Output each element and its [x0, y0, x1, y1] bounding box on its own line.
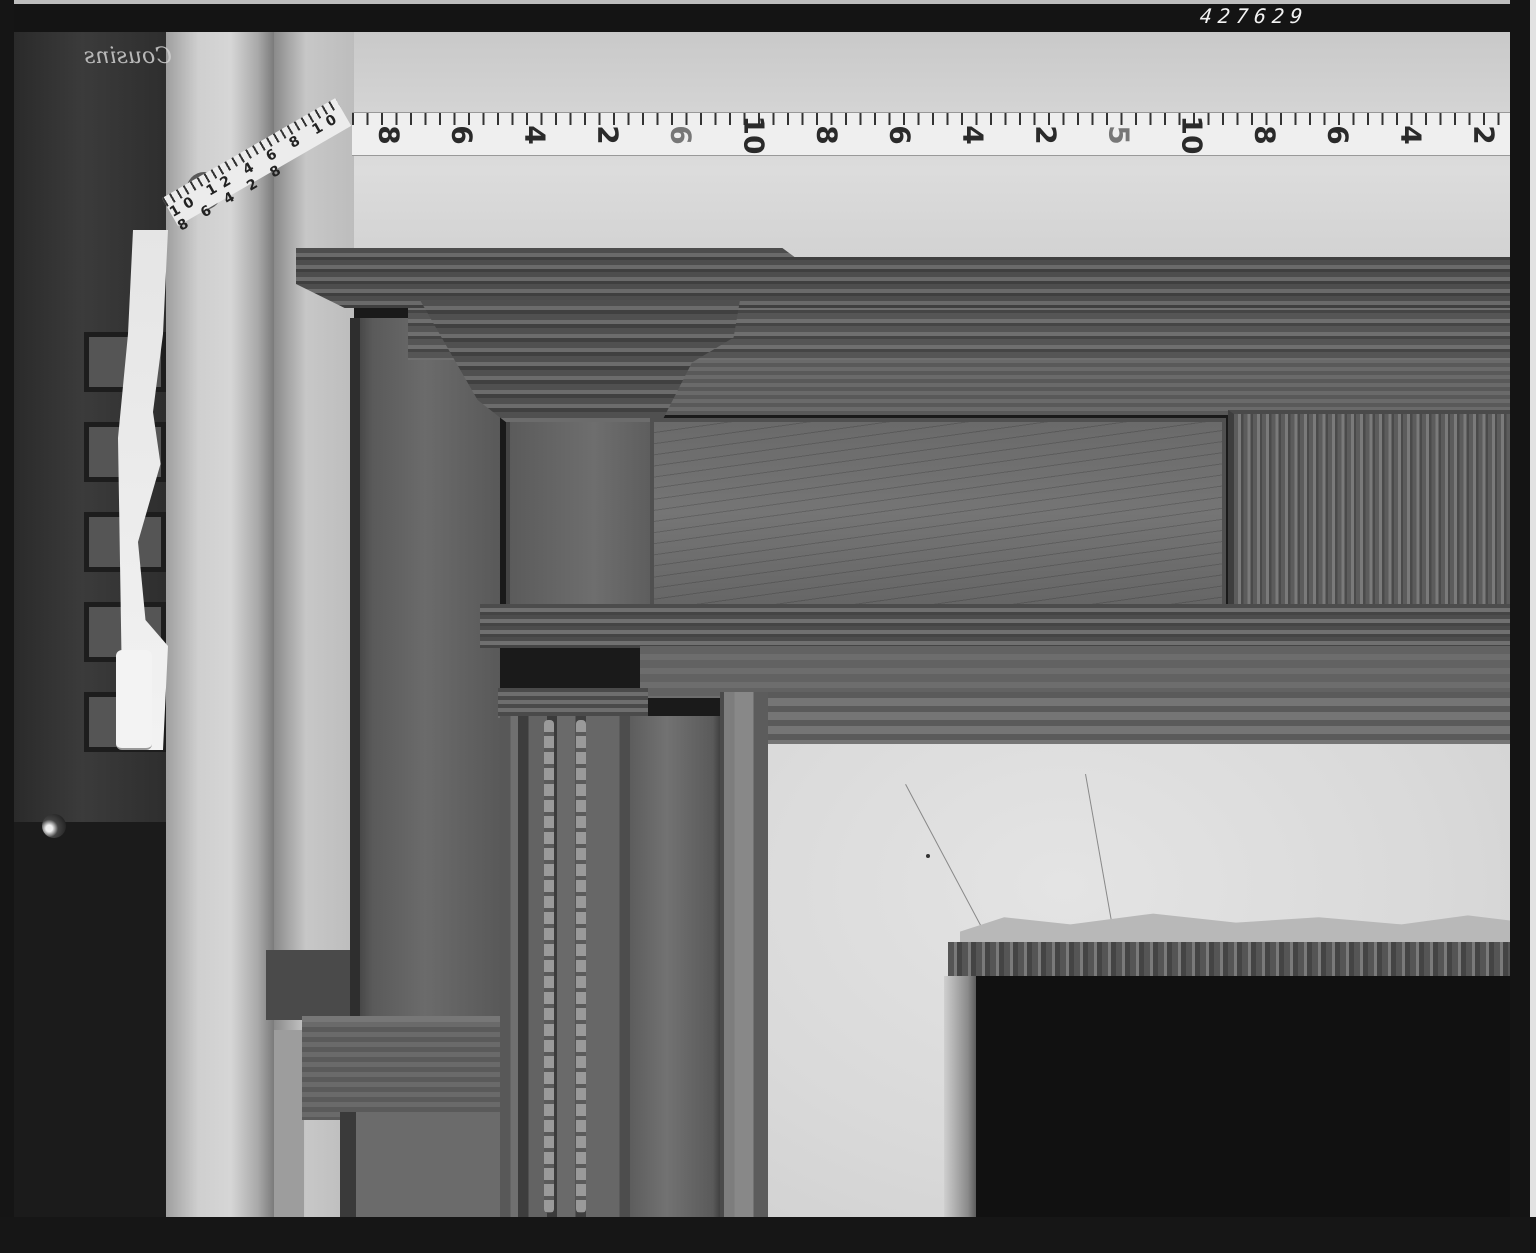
mantel-cornice [296, 248, 1512, 308]
tape-numeral: 2 [1032, 99, 1060, 172]
measuring-tape-horizontal: 864261086425108642410864 [352, 112, 1512, 156]
tape-numeral: 8 [1251, 99, 1279, 172]
tape-numeral: 4 [521, 99, 549, 172]
fluted-frieze-panel [1228, 410, 1512, 610]
tape-numeral: 8 [813, 99, 841, 172]
reeded-pilaster [500, 716, 630, 1217]
photograph: 10 12 4 6 8 10 8 6 4 2 8 864261086425108… [0, 0, 1536, 1253]
inner-frame-top [720, 692, 1512, 744]
upper-pilaster-block [506, 422, 650, 608]
architrave [640, 646, 1512, 698]
tape-numeral: 10 [1178, 99, 1206, 172]
nail-hole [926, 854, 930, 858]
inner-frame-side [720, 692, 768, 1217]
film-border-right [1510, 0, 1536, 1253]
shelf-molding [480, 604, 1512, 648]
baseboard [266, 950, 356, 1020]
floor-area [274, 1030, 304, 1217]
tape-numeral: 4 [1397, 99, 1425, 172]
tape-numeral: 4 [959, 99, 987, 172]
plaster-crack [1085, 774, 1112, 922]
chair-rail-block [302, 1016, 500, 1120]
tape-numeral: 6 [448, 99, 476, 172]
plaster-crack [905, 784, 990, 943]
frieze-tablet-panel [650, 418, 1226, 608]
firebox-opening [976, 976, 1512, 1217]
negative-number: 427629 [1199, 4, 1310, 28]
tape-numeral: 6 [1324, 99, 1352, 172]
measuring-tape-roll [116, 650, 152, 750]
film-border-left [0, 0, 14, 1253]
tape-numeral: 6 [667, 99, 695, 172]
tape-numeral: 10 [740, 99, 768, 172]
pilaster-side-board [630, 716, 722, 1217]
wood-grain [654, 422, 1222, 604]
frieze-band [640, 355, 1512, 415]
tape-numeral: 8 [375, 99, 403, 172]
bead-molding [576, 720, 586, 1213]
door-knob [42, 814, 66, 838]
side-base-board [340, 1112, 500, 1217]
film-edge [1530, 0, 1536, 1253]
tape-numeral: 2 [1470, 99, 1498, 172]
film-border-bottom [0, 1217, 1536, 1253]
bead-molding [544, 720, 554, 1213]
pilaster-capital [498, 688, 648, 718]
firebox-lintel [948, 942, 1512, 976]
photographer-signature: Cousins [84, 44, 172, 69]
tape-numeral: 6 [886, 99, 914, 172]
door-lower-shadow [14, 822, 166, 1217]
tape-numeral: 2 [594, 99, 622, 172]
tape-numeral: 5 [1105, 99, 1133, 172]
